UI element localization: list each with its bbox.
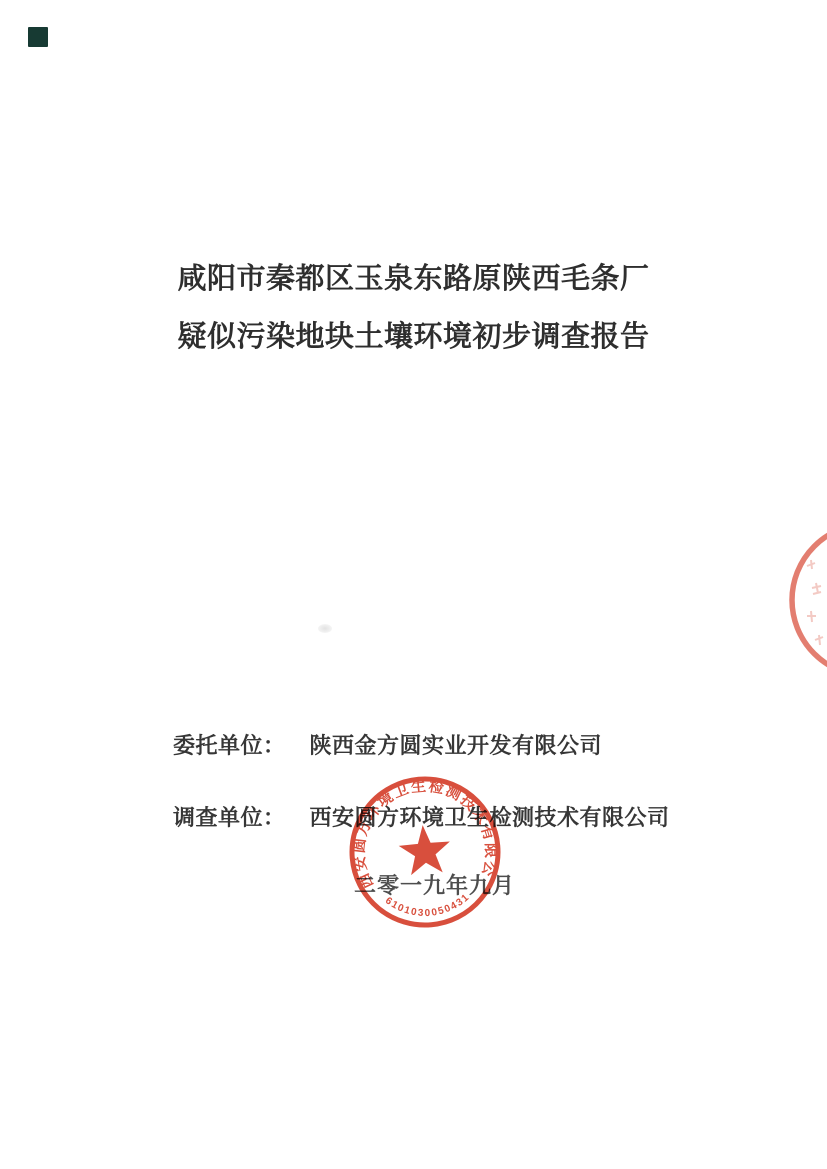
report-cover-page: 咸阳市秦都区玉泉东路原陕西毛条厂 疑似污染地块土壤环境初步调查报告 委托单位：陕… <box>0 0 827 1169</box>
company-seal-stamp: 西安圆方环境卫生检测技术有限公司 6101030050431 <box>317 744 534 961</box>
scan-artifact-smudge <box>318 624 332 633</box>
scan-artifact-corner-square <box>28 27 48 47</box>
investigator-label: 调查单位： <box>173 805 286 830</box>
consignor-label: 委托单位： <box>173 733 286 758</box>
report-title-line1: 咸阳市秦都区玉泉东路原陕西毛条厂 <box>0 250 827 308</box>
partial-seal-ring <box>792 524 827 676</box>
partial-seal-stamp <box>707 470 827 730</box>
partial-seal-fragments <box>807 560 823 645</box>
report-title: 咸阳市秦都区玉泉东路原陕西毛条厂 疑似污染地块土壤环境初步调查报告 <box>0 250 827 366</box>
seal-star-icon <box>397 823 452 876</box>
report-title-line2: 疑似污染地块土壤环境初步调查报告 <box>0 308 827 366</box>
